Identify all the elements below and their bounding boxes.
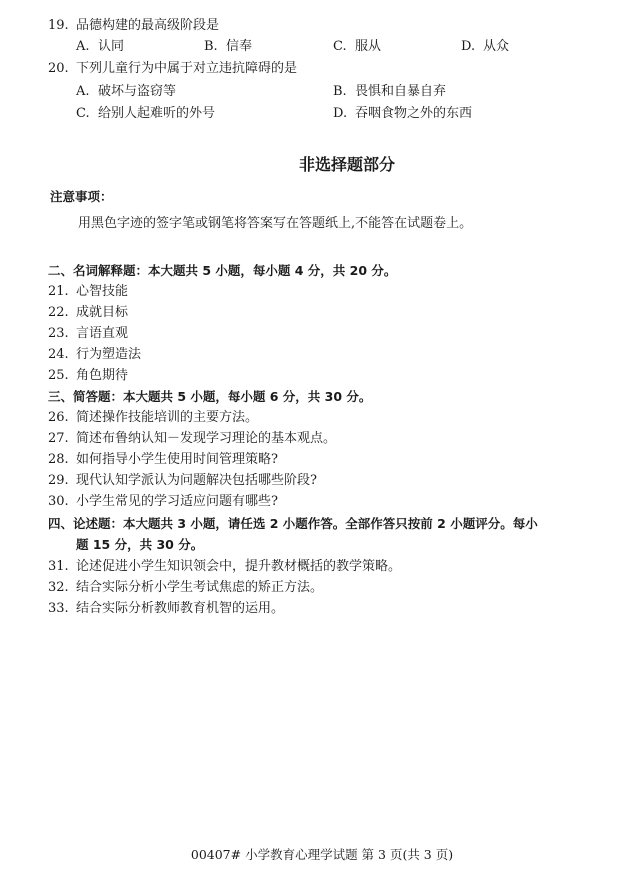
- option-text: 给别人起难听的外号: [98, 106, 215, 121]
- question-text: 小学生常见的学习适应问题有哪些?: [76, 494, 278, 510]
- question-number: 21.: [48, 284, 69, 300]
- option-text: 破坏与盗窃等: [98, 84, 176, 99]
- option-text: 吞咽食物之外的东西: [355, 106, 472, 121]
- question-text: 现代认知学派认为问题解决包括哪些阶段?: [76, 473, 317, 489]
- question-number: 23.: [48, 326, 69, 342]
- question-number: 20.: [48, 61, 69, 77]
- option-d: D.从众: [461, 39, 509, 55]
- option-c: C.给别人起难听的外号: [76, 106, 215, 122]
- option-text: 服从: [355, 39, 381, 54]
- question-number: 26.: [48, 410, 69, 426]
- option-label: C.: [333, 39, 355, 55]
- question-text: 下列儿童行为中属于对立违抗障碍的是: [76, 61, 297, 77]
- option-text: 畏惧和自暴自弃: [355, 84, 446, 99]
- option-text: 认同: [98, 39, 124, 54]
- question-number: 31.: [48, 559, 69, 575]
- question-number: 30.: [48, 494, 69, 510]
- question-text: 成就目标: [76, 305, 128, 321]
- question-number: 24.: [48, 347, 69, 363]
- question-text: 论述促进小学生知识领会中，提升教材概括的教学策略。: [76, 559, 401, 575]
- option-text: 信奉: [226, 39, 252, 54]
- question-text: 行为塑造法: [76, 347, 141, 363]
- option-label: B.: [204, 39, 226, 55]
- question-number: 19.: [48, 18, 69, 34]
- question-text: 心智技能: [76, 284, 128, 300]
- notice-title: 注意事项：: [50, 187, 113, 205]
- question-text: 角色期待: [76, 368, 128, 384]
- part-heading: 四、论述题：本大题共 3 小题，请任选 2 小题作答。全部作答只按前 2 小题评…: [48, 516, 538, 532]
- option-text: 从众: [483, 39, 509, 54]
- question-number: 27.: [48, 431, 69, 447]
- question-number: 32.: [48, 580, 69, 596]
- question-number: 28.: [48, 452, 69, 468]
- notice-body: 用黑色字迹的签字笔或钢笔将答案写在答题纸上,不能答在试题卷上。: [78, 212, 472, 231]
- option-b: B.畏惧和自暴自弃: [333, 84, 446, 100]
- part-heading: 二、名词解释题：本大题共 5 小题，每小题 4 分，共 20 分。: [48, 263, 396, 279]
- option-label: C.: [76, 106, 98, 122]
- part-heading-continued: 题 15 分，共 30 分。: [76, 537, 203, 553]
- option-d: D.吞咽食物之外的东西: [333, 106, 472, 122]
- question-text: 简述布鲁纳认知－发现学习理论的基本观点。: [76, 431, 336, 447]
- question-number: 25.: [48, 368, 69, 384]
- question-text: 结合实际分析小学生考试焦虑的矫正方法。: [76, 580, 323, 596]
- question-text: 如何指导小学生使用时间管理策略?: [76, 452, 278, 468]
- question-number: 33.: [48, 601, 69, 617]
- page-footer: 00407# 小学教育心理学试题 第 3 页(共 3 页): [0, 845, 624, 863]
- option-a: A.认同: [76, 39, 124, 55]
- question-number: 29.: [48, 473, 69, 489]
- option-label: B.: [333, 84, 355, 100]
- option-label: A.: [76, 39, 98, 55]
- option-label: D.: [461, 39, 483, 55]
- question-text: 简述操作技能培训的主要方法。: [76, 410, 258, 426]
- option-label: D.: [333, 106, 355, 122]
- option-b: B.信奉: [204, 39, 252, 55]
- question-number: 22.: [48, 305, 69, 321]
- option-a: A.破坏与盗窃等: [76, 84, 176, 100]
- question-text: 言语直观: [76, 326, 128, 342]
- question-text: 品德构建的最高级阶段是: [76, 18, 219, 34]
- option-label: A.: [76, 84, 98, 100]
- question-text: 结合实际分析教师教育机智的运用。: [76, 601, 284, 617]
- part-heading: 三、简答题：本大题共 5 小题，每小题 6 分，共 30 分。: [48, 389, 371, 405]
- section-title: 非选择题部分: [0, 152, 624, 175]
- option-c: C.服从: [333, 39, 381, 55]
